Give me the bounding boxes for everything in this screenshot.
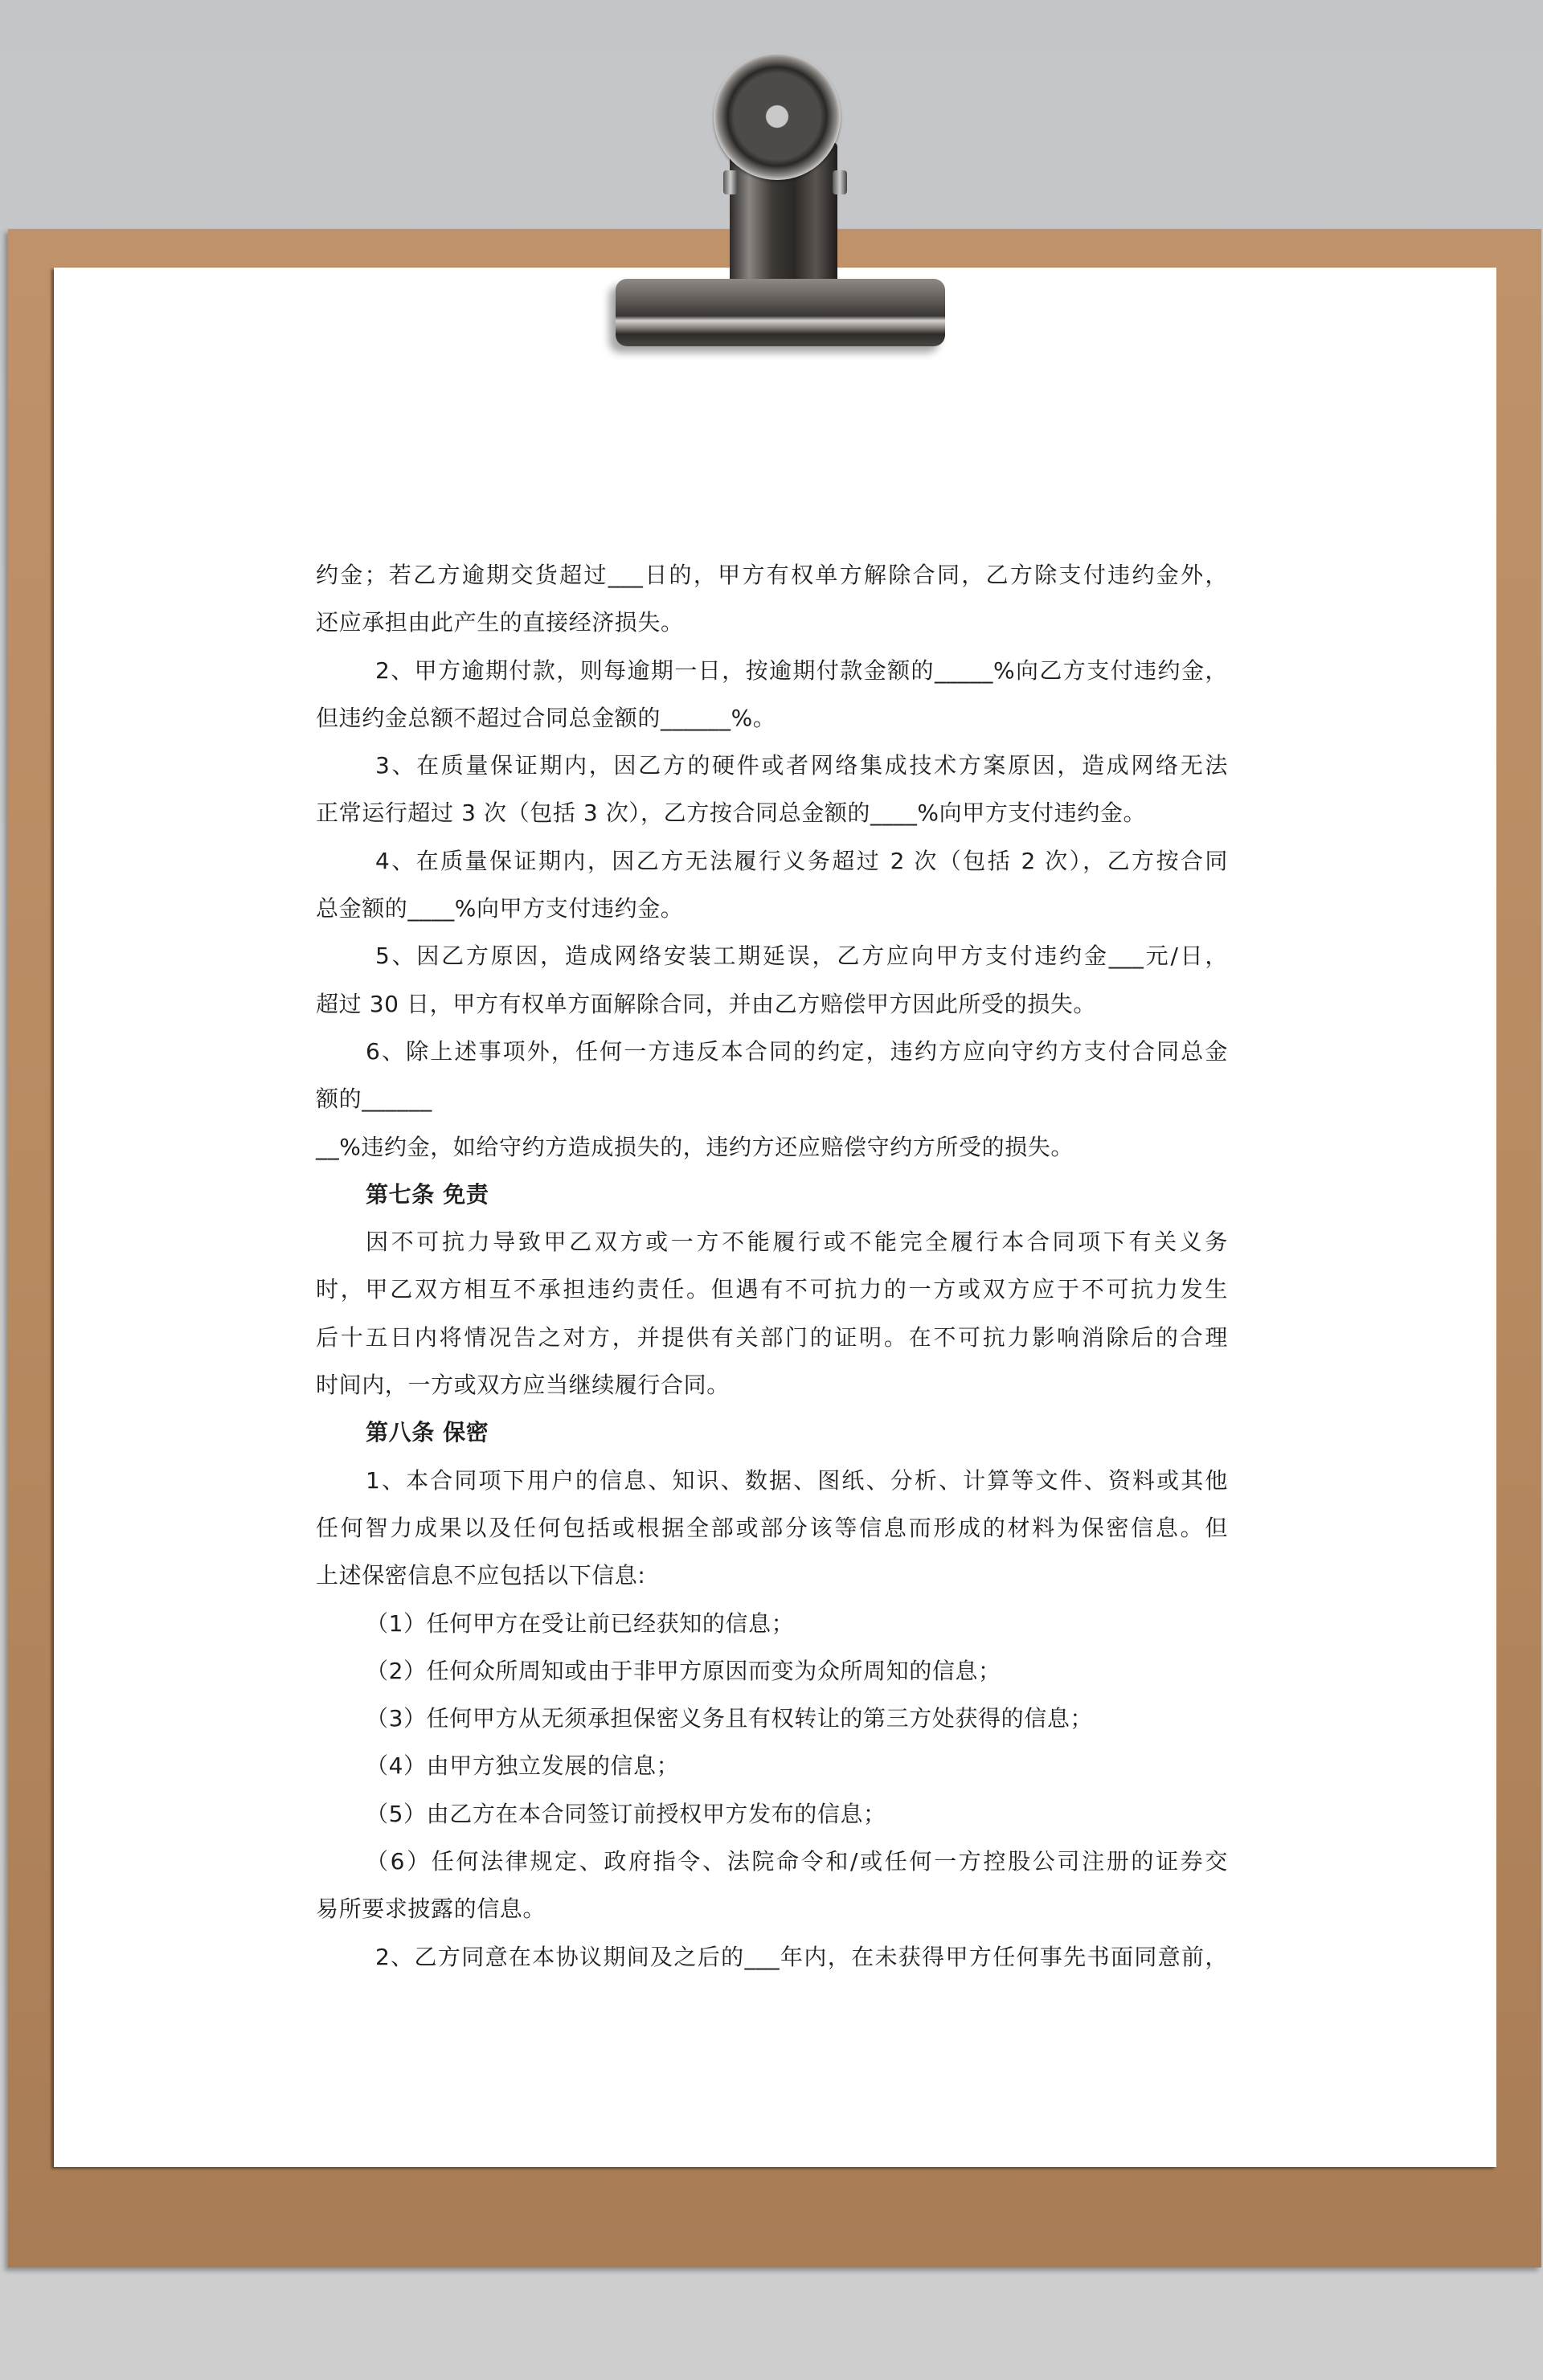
text-line: 后十五日内将情况告之对方，并提供有关部门的证明。在不可抗力影响消除后的合理	[316, 1314, 1228, 1361]
text-line: 总金额的____%向甲方支付违约金。	[316, 885, 1228, 932]
text-line: 4、在质量保证期内，因乙方无法履行义务超过 2 次（包括 2 次），乙方按合同	[316, 837, 1228, 885]
text-line: （2）任何众所周知或由于非甲方原因而变为众所周知的信息；	[316, 1647, 1228, 1695]
text-line: 5、因乙方原因，造成网络安装工期延误，乙方应向甲方支付违约金___元/日，	[316, 932, 1228, 979]
text-line: 额的______	[316, 1075, 1228, 1123]
text-line: 上述保密信息不应包括以下信息:	[316, 1552, 1228, 1599]
text-line: 因不可抗力导致甲乙双方或一方不能履行或不能完全履行本合同项下有关义务	[316, 1218, 1228, 1266]
section-heading: 第八条 保密	[316, 1409, 1228, 1456]
text-line: 时，甲乙双方相互不承担违约责任。但遇有不可抗力的一方或双方应于不可抗力发生	[316, 1266, 1228, 1313]
binder-clip-icon	[611, 50, 948, 355]
text-line: （3）任何甲方从无须承担保密义务且有权转让的第三方处获得的信息；	[316, 1695, 1228, 1742]
text-line: 任何智力成果以及任何包括或根据全部或部分该等信息而形成的材料为保密信息。但	[316, 1504, 1228, 1552]
text-line: （6）任何法律规定、政府指令、法院命令和/或任何一方控股公司注册的证券交	[316, 1838, 1228, 1885]
clip-ring	[714, 53, 841, 180]
clip-hinge-right	[833, 170, 847, 194]
text-line: 约金；若乙方逾期交货超过___日的，甲方有权单方解除合同，乙方除支付违约金外，	[316, 551, 1228, 599]
text-line: （5）由乙方在本合同签订前授权甲方发布的信息；	[316, 1790, 1228, 1838]
text-line: 时间内，一方或双方应当继续履行合同。	[316, 1361, 1228, 1409]
text-line: 但违约金总额不超过合同总金额的______%。	[316, 694, 1228, 742]
text-line: __%违约金，如给守约方造成损失的，违约方还应赔偿守约方所受的损失。	[316, 1123, 1228, 1171]
section-heading: 第七条 免责	[316, 1171, 1228, 1218]
text-line: 1、本合同项下用户的信息、知识、数据、图纸、分析、计算等文件、资料或其他	[316, 1457, 1228, 1504]
contract-text: 约金；若乙方逾期交货超过___日的，甲方有权单方解除合同，乙方除支付违约金外，还…	[316, 551, 1228, 1981]
clip-jaw	[616, 279, 945, 346]
text-line: 2、甲方逾期付款，则每逾期一日，按逾期付款金额的_____%向乙方支付违约金，	[316, 647, 1228, 694]
clip-hinge-left	[723, 170, 738, 194]
text-line: 还应承担由此产生的直接经济损失。	[316, 599, 1228, 646]
text-line: 6、除上述事项外，任何一方违反本合同的约定，违约方应向守约方支付合同总金	[316, 1028, 1228, 1075]
text-line: 易所要求披露的信息。	[316, 1885, 1228, 1932]
text-line: （4）由甲方独立发展的信息；	[316, 1742, 1228, 1789]
text-line: （1）任何甲方在受让前已经获知的信息；	[316, 1600, 1228, 1647]
text-line: 正常运行超过 3 次（包括 3 次），乙方按合同总金额的____%向甲方支付违约…	[316, 789, 1228, 836]
text-line: 3、在质量保证期内，因乙方的硬件或者网络集成技术方案原因，造成网络无法	[316, 742, 1228, 789]
text-line: 2、乙方同意在本协议期间及之后的___年内，在未获得甲方任何事先书面同意前，	[316, 1933, 1228, 1981]
text-line: 超过 30 日，甲方有权单方面解除合同，并由乙方赔偿甲方因此所受的损失。	[316, 980, 1228, 1028]
